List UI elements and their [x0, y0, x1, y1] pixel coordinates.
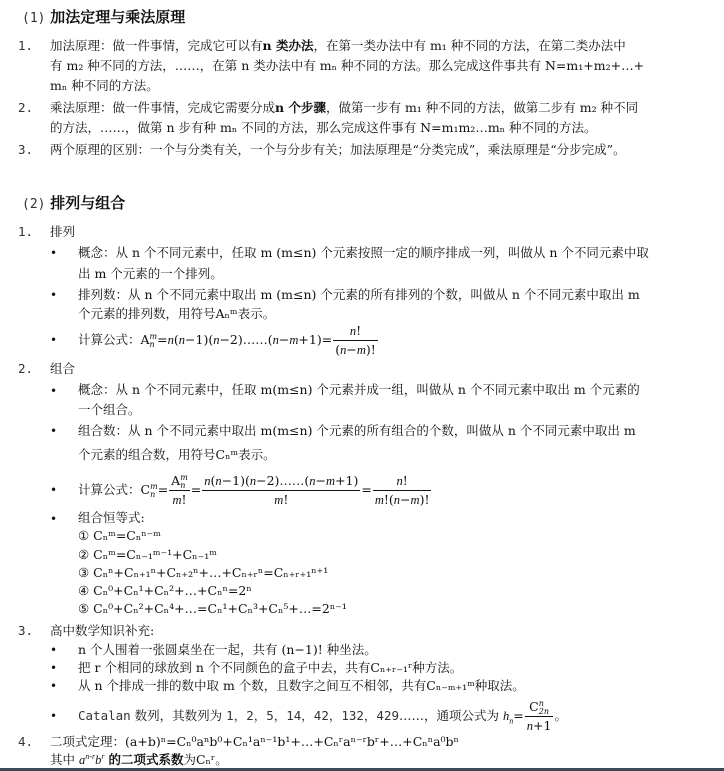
- bullet-icon: •: [50, 661, 57, 675]
- addition-principle-line-3: mₙ 种不同的方法。: [50, 77, 159, 95]
- identity-5: ⑤ Cₙ⁰+Cₙ²+Cₙ⁴+…=Cₙ¹+Cₙ³+Cₙ⁵+…=2ⁿ⁻¹: [78, 600, 347, 618]
- section-2-title: 排列与组合: [50, 194, 125, 212]
- permutation-count-line-1: 排列数：从 n 个不同元素中取出 m (m≤n) 个元素的所有排列的个数，叫做从…: [78, 286, 640, 304]
- section-2-heading: (2) 排列与组合: [22, 192, 125, 213]
- bullet-icon: •: [50, 288, 57, 302]
- bullet-icon: •: [50, 246, 57, 260]
- item-number: 1.: [18, 37, 33, 55]
- item-number: 3.: [18, 141, 33, 159]
- permutation-title: 排列: [50, 223, 75, 241]
- text: ……，通项公式为: [399, 708, 499, 723]
- bullet-icon: •: [50, 643, 57, 657]
- item-number: 4.: [18, 733, 33, 751]
- bullet-icon: •: [50, 384, 57, 398]
- addition-principle-line-1: 加法原理：做一件事情，完成它可以有n 类办法，在第一类办法中有 m₁ 种不同的方…: [50, 37, 626, 55]
- catalan-formula: hn=Cn2nn+1。: [503, 708, 567, 723]
- multiplication-principle-line-2: 的方法，……，做第 n 步有种 mₙ 不同的方法，那么完成这件事有 N=m₁m₂…: [50, 119, 597, 137]
- bullet-icon: •: [50, 333, 57, 347]
- combination-concept-line-2: 一个组合。: [78, 401, 141, 419]
- section-1-heading: (1) 加法定理与乘法原理: [22, 6, 185, 27]
- item-number: 3.: [18, 622, 33, 640]
- principle-difference: 两个原理的区别：一个与分类有关，一个与分步有关；加法原理是“分类完成”，乘法原理…: [50, 141, 626, 159]
- combination-count-line-1: 组合数：从 n 个不同元素中取出 m(m≤n) 个元素的所有组合的个数，叫做从 …: [78, 422, 636, 440]
- formula-label: 计算公式：: [78, 332, 141, 347]
- combination-count-line-2: 个元素的组合数，用符号Cₙᵐ表示。: [78, 446, 276, 464]
- catalan-label: Catalan: [78, 708, 131, 723]
- formula-body: Amn=n(n−1)(n−2)……(n−m+1)=n!(n−m)!: [141, 332, 379, 347]
- bullet-icon: •: [50, 679, 57, 693]
- combination-title: 组合: [50, 360, 75, 378]
- combination-concept-line-1: 概念：从 n 个不同元素中，任取 m(m≤n) 个元素并成一组，叫做从 n 个不…: [78, 381, 640, 399]
- binomial-note: 其中 an-rbr 的二项式系数为Cₙʳ。: [50, 751, 228, 769]
- identities-label: 组合恒等式:: [78, 509, 145, 527]
- emphasis: 的二项式系数: [108, 752, 183, 767]
- label: 加法原理：: [50, 38, 113, 53]
- identity-3: ③ Cₙⁿ+Cₙ₊₁ⁿ+Cₙ₊₂ⁿ+…+Cₙ₊ᵣⁿ=Cₙ₊ᵣ₊₁ⁿ⁺¹: [78, 564, 328, 582]
- supplement-title: 高中数学知识补充:: [50, 622, 154, 640]
- supplement-item-catalan: Catalan 数列，其数列为 1，2，5，14，42，132，429……，通项…: [78, 698, 567, 735]
- bullet-icon: •: [50, 424, 57, 438]
- permutation-concept-line-1: 概念：从 n 个不同元素中，任取 m (m≤n) 个元素按照一定的顺序排成一列，…: [78, 244, 649, 262]
- item-number: 2.: [18, 360, 33, 378]
- supplement-item-2: 把 r 个相同的球放到 n 个不同颜色的盒子中去，共有Cₙ₊ᵣ₋₁ʳ种方法。: [78, 659, 462, 677]
- identity-4: ④ Cₙ⁰+Cₙ¹+Cₙ²+…+Cₙⁿ=2ⁿ: [78, 582, 252, 600]
- bullet-icon: •: [50, 709, 57, 723]
- formula-label: 计算公式：: [78, 482, 141, 497]
- emphasis: n 个步骤: [275, 100, 326, 115]
- text: 其中: [50, 752, 75, 767]
- supplement-item-3: 从 n 个排成一排的数中取 m 个数，且数字之间互不相邻，共有Cₙ₋ₘ₊₁ᵐ种取…: [78, 677, 525, 695]
- section-1-title: 加法定理与乘法原理: [50, 8, 185, 26]
- binomial-theorem: 二项式定理：(a+b)ⁿ=Cₙ⁰aⁿb⁰+Cₙ¹aⁿ⁻¹b¹+…+Cₙʳaⁿ⁻ʳ…: [50, 733, 459, 751]
- identity-1: ① Cₙᵐ=Cₙⁿ⁻ᵐ: [78, 527, 161, 545]
- permutation-concept-line-2: 出 m 个元素的一个排列。: [78, 265, 223, 283]
- text: 数列，其数列为: [135, 708, 223, 723]
- catalan-sequence: 1，2，5，14，42，132，429: [226, 708, 399, 723]
- item-number: 2.: [18, 99, 33, 117]
- text: ，做第一步有 m₁ 种不同的方法，做第二步有 m₂ 种不同: [326, 100, 638, 115]
- multiplication-principle-line-1: 乘法原理：做一件事情，完成它需要分成n 个步骤，做第一步有 m₁ 种不同的方法，…: [50, 99, 638, 117]
- bullet-icon: •: [50, 483, 57, 497]
- section-1-number: (1): [22, 11, 45, 26]
- label: 乘法原理：: [50, 100, 113, 115]
- addition-principle-line-2: 有 m₂ 种不同的方法，……，在第 n 类办法中有 mₙ 种不同的方法。那么完成…: [50, 57, 644, 75]
- permutation-count-line-2: 个元素的排列数，用符号Aₙᵐ表示。: [78, 305, 275, 323]
- section-2-number: (2): [22, 197, 45, 212]
- combination-formula: 计算公式：Cmn=Amnm!=n(n−1)(n−2)……(n−m+1)m!=n!…: [78, 472, 432, 509]
- supplement-item-1: n 个人围着一张圆桌坐在一起，共有 (n−1)! 种坐法。: [78, 641, 377, 659]
- emphasis: n 类办法: [263, 38, 314, 53]
- bullet-icon: •: [50, 512, 57, 526]
- formula-body: Cmn=Amnm!=n(n−1)(n−2)……(n−m+1)m!=n!m!(n−…: [141, 482, 433, 497]
- text: 为Cₙʳ。: [183, 752, 227, 767]
- text: 做一件事情，完成它可以有: [113, 38, 263, 53]
- permutation-formula: 计算公式：Amn=n(n−1)(n−2)……(n−m+1)=n!(n−m)!: [78, 322, 379, 359]
- text: ，在第一类办法中有 m₁ 种不同的方法，在第二类办法中: [313, 38, 625, 53]
- identity-2: ② Cₙᵐ=Cₙ₋₁ᵐ⁻¹+Cₙ₋₁ᵐ: [78, 546, 217, 564]
- item-number: 1.: [18, 223, 33, 241]
- label: 二项式定理：: [50, 734, 125, 749]
- text: 做一件事情，完成它需要分成: [113, 100, 276, 115]
- binomial-formula: (a+b)ⁿ=Cₙ⁰aⁿb⁰+Cₙ¹aⁿ⁻¹b¹+…+Cₙʳaⁿ⁻ʳbʳ+…+C…: [125, 734, 459, 749]
